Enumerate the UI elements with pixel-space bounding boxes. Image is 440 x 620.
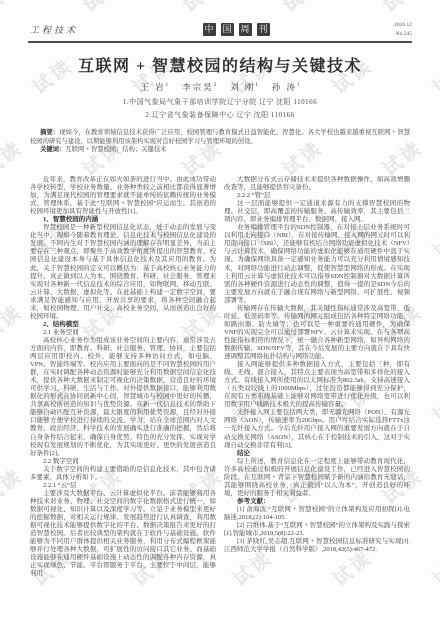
issue-date: 2020.12	[394, 22, 412, 28]
author-name: 孙 涛1	[272, 82, 300, 92]
reference-item: [3] 茅晓红,吴志超.互联网 + 智慧校园信息标准研究与实现[J].江西师范大…	[224, 538, 410, 554]
journal-title-char: 周	[239, 23, 252, 36]
affiliation-list: 1.中国气象局气象干部培训学院辽宁分院 辽宁 沈阳 1101662.辽宁省气象装…	[0, 96, 440, 122]
watermark-text: 试读	[0, 297, 28, 345]
body-paragraph: 光纤接入网主要包括两大类，即无源光网络（PON）、有源光网络（AON），传输速率…	[224, 409, 410, 449]
journal-title: 中国周刊	[203, 23, 270, 36]
journal-title-char: 刊	[257, 23, 270, 36]
body-paragraph: 智慧校园是一种新型校园信息化状态，处于动态的发展与变化当中，现如今随着教育理论、…	[30, 224, 216, 321]
body-paragraph: 近年来，教育改革正在如火如荼的进行当中。由此成功带动各学校转型，学校业务数量、业…	[30, 176, 216, 216]
article-body: 近年来，教育改革正在如火如荼的进行当中。由此成功带动各学校转型，学校业务数量、业…	[30, 176, 410, 596]
journal-section-label: 工程技术	[30, 23, 78, 36]
paper-page: 试读试读试读试读试读试读试读试读试读试读试读试读试读试读试读试读试读试读试读试读…	[0, 0, 440, 620]
reference-item: [2] 吕维体.基于“互联网 + 智慧校园”的立体架构及实践与探索[J].智能城…	[224, 522, 410, 538]
watermark-text: 试读	[76, 0, 127, 18]
header-divider	[28, 41, 412, 43]
body-paragraph: 业务编排管理平台的SDN控制器，在对接上层业务系统时可以利用北向接口（NBI），…	[224, 224, 410, 304]
abstract-text: 现如今，在教育领域信息技术获得广泛应用，校园管理与教育模式日益智能化、智慧化。各…	[30, 129, 410, 145]
watermark-text: 试读	[0, 133, 28, 181]
watermark-text: 试读	[176, 0, 227, 18]
watermark-text: 试读	[0, 0, 28, 18]
abstract-paragraph: 摘要：现如今，在教育领域信息技术获得广泛应用，校园管理与教育模式日益智能化、智慧…	[30, 129, 410, 146]
author-name: 李宗昊2	[182, 82, 216, 92]
body-paragraph: 传输网存在传输大数据，其关键性指标通常涉及高宽带、低时延、低误码率等。传输网的网…	[224, 305, 410, 361]
section-heading: 2、结构模型	[30, 321, 216, 329]
right-column: 大数据分布式云存储技术来提供各种数据操作，如高效增删改查等，且能够提供容灾备份。…	[224, 176, 410, 596]
issue-info: 2020.12 No.245	[394, 21, 412, 39]
reference-item: [1] 俞海波.“互联网 + 智慧校园”的立体架构及应用初探[J].电脑迷,20…	[224, 506, 410, 522]
keywords-text: 互联网 + 智慧校园；结构；关键技术	[65, 146, 166, 153]
section-heading: 2.2.1 “云”层	[30, 482, 216, 490]
journal-title-char: 国	[221, 23, 234, 36]
abstract-label: 摘要：	[40, 129, 59, 136]
watermark-text: 试读	[426, 379, 440, 427]
body-paragraph: 关于数字空间的构建主要借助的是信息化技术，其中包含诸多要素，具体分析如下。	[30, 466, 216, 482]
section-heading: 2.2 数字空间	[30, 458, 216, 466]
author-name: 刘 刚1	[230, 82, 258, 92]
watermark-text: 试读	[426, 543, 440, 591]
left-column: 近年来，教育改革正在如火如荼的进行当中。由此成功带动各学校转型，学校业务数量、业…	[30, 176, 216, 596]
keywords-label: 关键词：	[40, 146, 65, 153]
body-paragraph: 这一层面能够提供一定通道来源有力的支撑智慧校园的物理、社交层，即高覆盖的传输服务…	[224, 200, 410, 224]
keywords-paragraph: 关键词：互联网 + 智慧校园；结构；关键技术	[30, 146, 410, 155]
paper-title: 互联网 + 智慧校园的结构与关键技术	[0, 53, 440, 76]
watermark-text: 试读	[0, 461, 28, 509]
affiliation-line: 2.辽宁省气象装备保障中心 辽宁 沈阳 110166	[0, 109, 440, 122]
section-heading: 结论	[224, 450, 410, 458]
body-paragraph: 主要涉及大数据平台、云计算虚拟化平台。前者能够利用各种技术对业务、物理、社交空间…	[30, 490, 216, 579]
watermark-text: 试读	[276, 0, 327, 18]
issue-number: No.245	[396, 31, 412, 37]
body-paragraph: 接入网能够提供多种数据接入方式，主要包括三种，即有线、无线、混合接入，其特点主要…	[224, 361, 410, 409]
abstract-block: 摘要：现如今，在教育领域信息技术获得广泛应用，校园管理与教育模式日益智能化、智慧…	[30, 129, 410, 155]
section-heading: 2.1 业务空间	[30, 329, 216, 337]
section-heading: 2.2.2 “管”层	[224, 192, 410, 200]
watermark-text: 试读	[376, 0, 427, 18]
affiliation-line: 1.中国气象局气象干部培训学院辽宁分院 辽宁 沈阳 110166	[0, 96, 440, 109]
body-paragraph: 综上所述，教育信息化在一定程度上能够带动教育现代化，许多高校通过积极的开展信息化…	[224, 458, 410, 498]
body-paragraph: 大数据分布式云存储技术来提供各种数据操作，如高效增删改查等，且能够提供容灾备份。	[224, 176, 410, 192]
page-header: 工程技术 中国周刊 2020.12 No.245	[30, 21, 412, 39]
author-name: 王 岩1	[141, 82, 169, 92]
author-list: 王 岩1李宗昊2刘 刚1孙 涛1	[0, 81, 440, 93]
section-heading: 参考文献：	[224, 498, 410, 506]
body-paragraph: 高校核心业务作为组成该业务空间的主要内容，通常涉及五方面的内容，即教育、科研、社…	[30, 337, 216, 458]
journal-title-char: 中	[203, 23, 216, 36]
watermark-text: 试读	[426, 215, 440, 263]
